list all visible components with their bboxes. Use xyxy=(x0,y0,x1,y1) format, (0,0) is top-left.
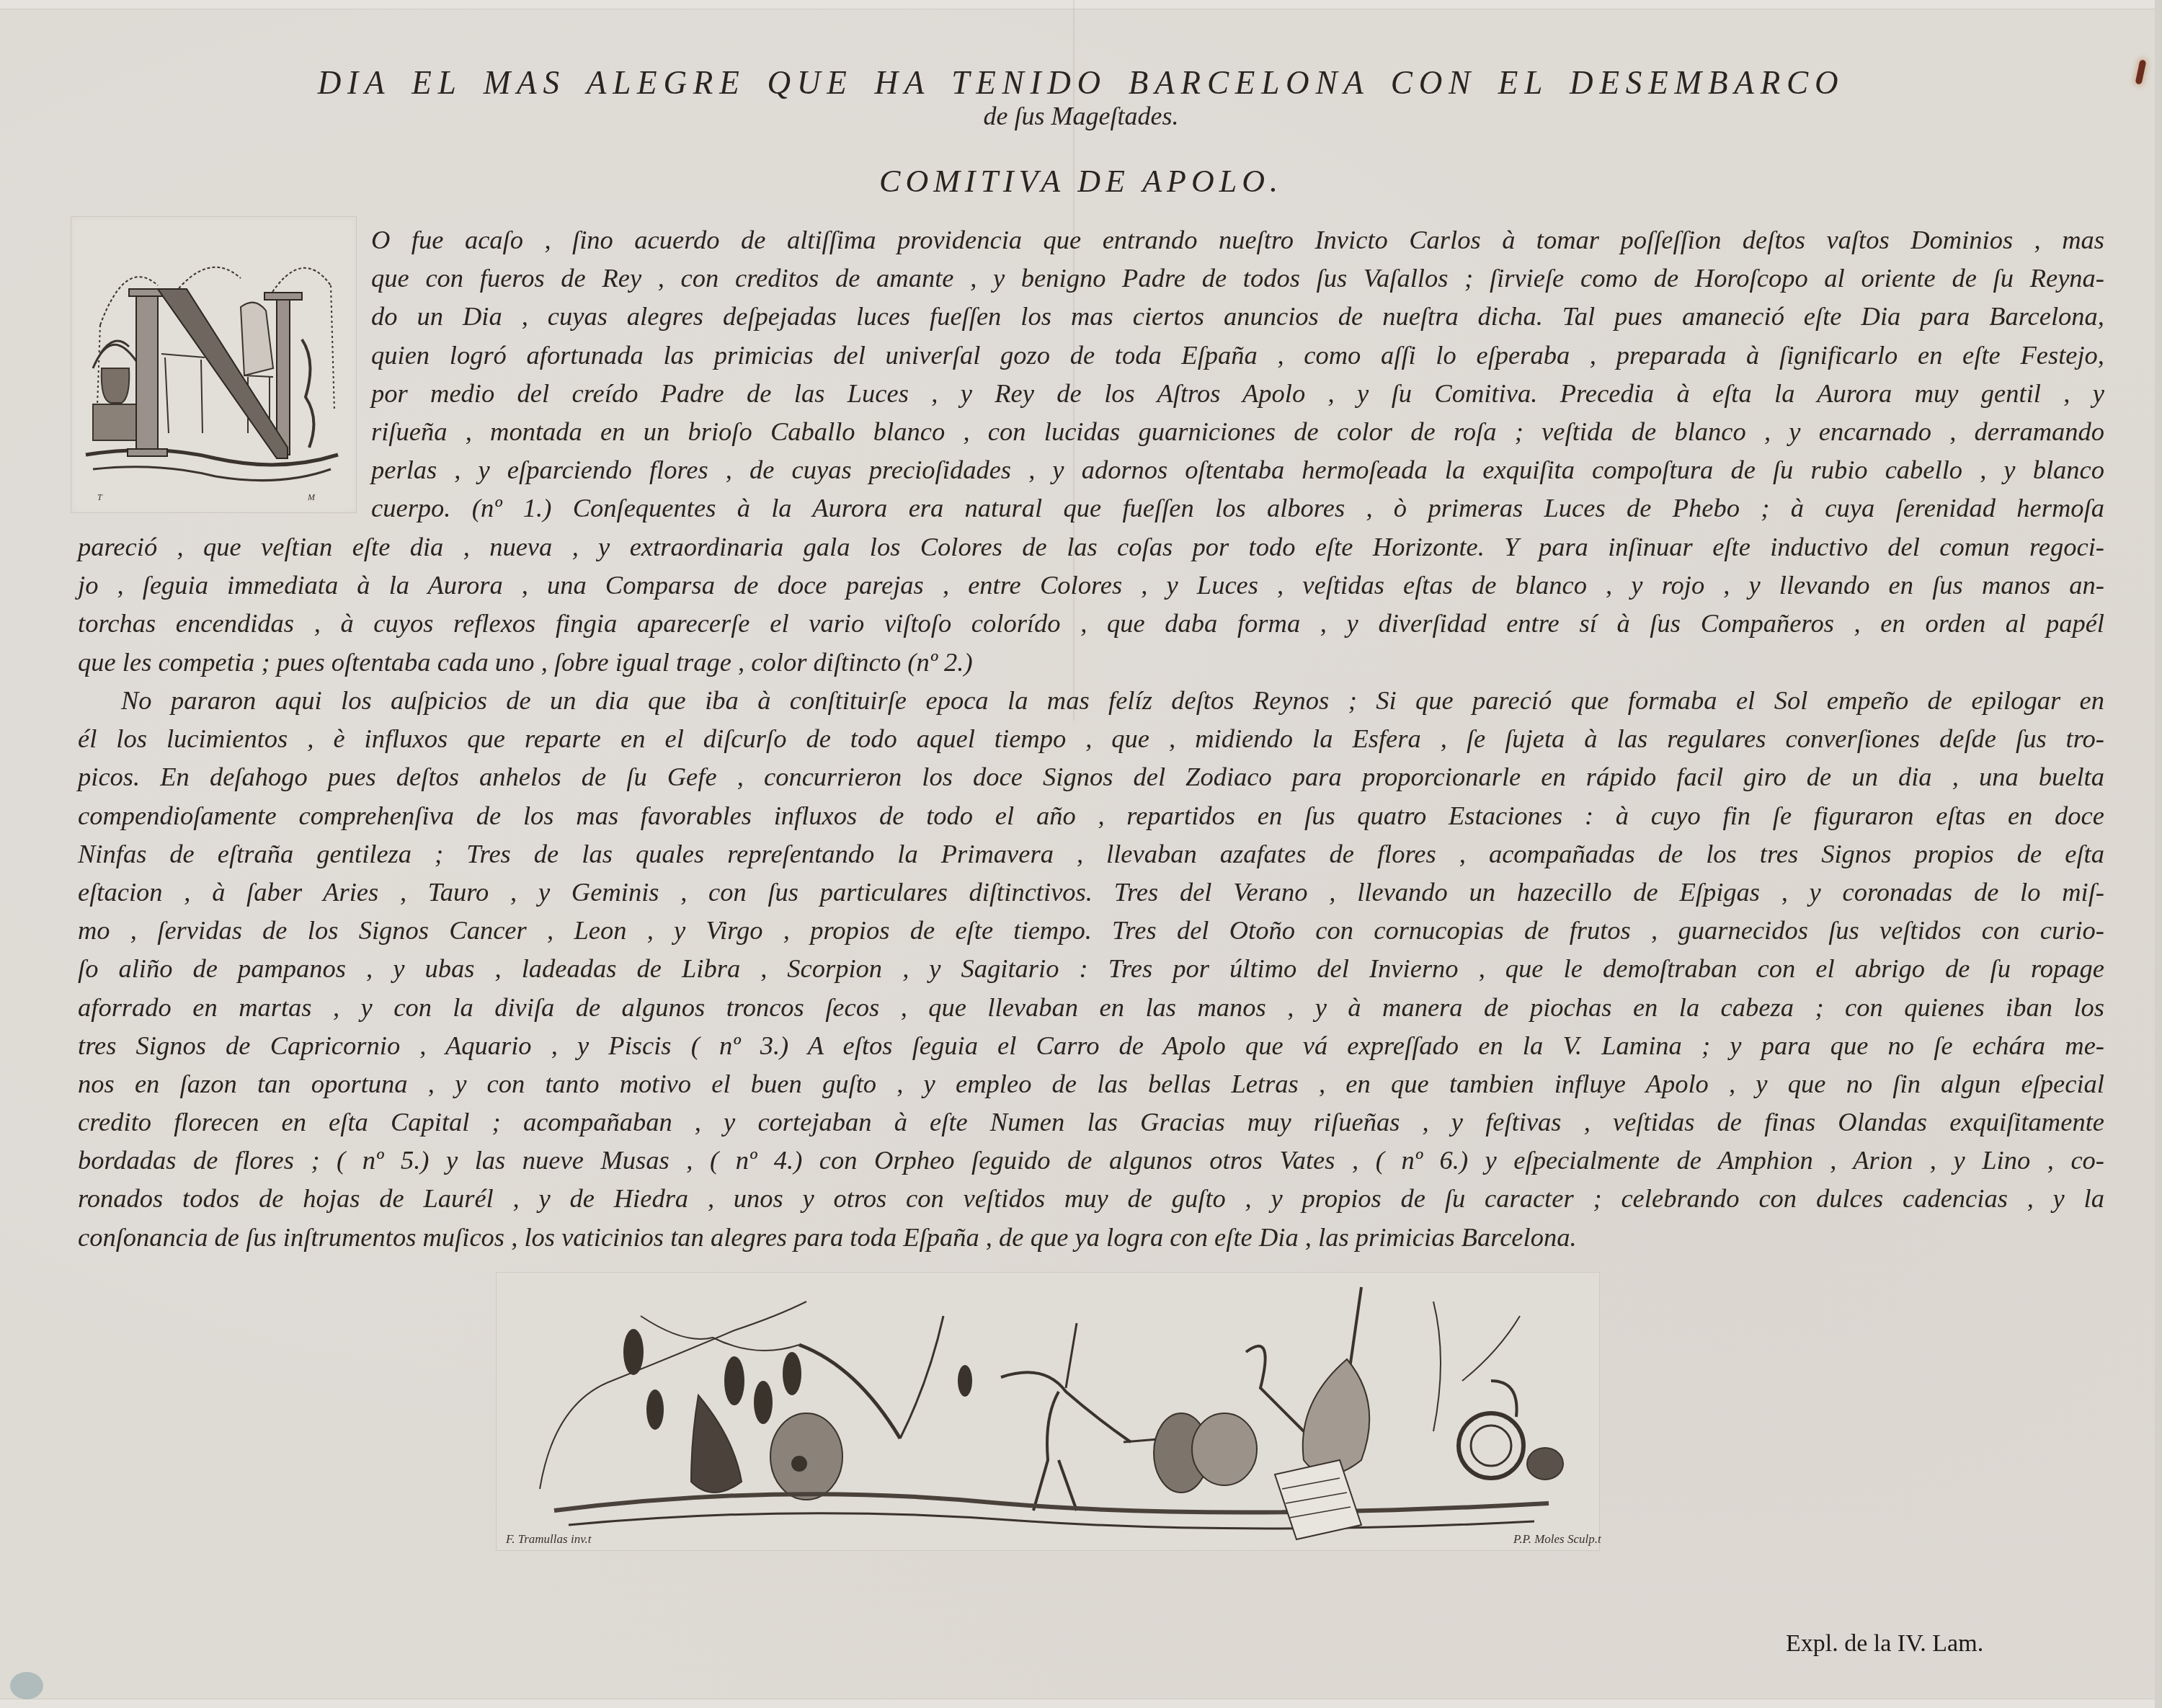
engraved-vignette xyxy=(496,1272,1600,1551)
ink-stain xyxy=(10,1672,43,1699)
initial-engraver-mark-left: T xyxy=(97,492,102,503)
text-line: eſtacion , à ſaber Aries , Tauro , y Gem… xyxy=(78,873,2104,911)
text-line: que con fueros de Rey , con creditos de … xyxy=(371,259,2104,297)
plate-label: Expl. de la IV. Lam. xyxy=(1786,1630,1983,1658)
text-line: cuerpo. (nº 1.) Conſequentes à la Aurora… xyxy=(371,489,2104,527)
text-line: No pararon aqui los auſpicios de un dia … xyxy=(78,681,2104,719)
text-line: quien logró afortunada las primicias del… xyxy=(371,336,2104,374)
vignette-illustration-icon xyxy=(497,1273,1599,1550)
text-line: torchas encendidas , à cuyos reflexos fi… xyxy=(78,604,2104,642)
engraved-document-page: DIA EL MAS ALEGRE QUE HA TENIDO BARCELON… xyxy=(0,0,2162,1708)
paragraph-1-indented: O fue acaſo , ſino acuerdo de altiſſima … xyxy=(371,221,2104,528)
text-line: aforrado en martas , y con la diviſa de … xyxy=(78,988,2104,1026)
text-line: bordadas de flores ; ( nº 5.) y las nuev… xyxy=(78,1141,2104,1179)
text-line: tres Signos de Capricornio , Aquario , y… xyxy=(78,1026,2104,1064)
text-line: ronados todos de hojas de Laurél , y de … xyxy=(78,1179,2104,1217)
text-line: credito florecen en eſta Capital ; acomp… xyxy=(78,1103,2104,1141)
vignette-credit-engraver: P.P. Moles Sculp.t xyxy=(1513,1532,1601,1547)
text-line: conſonancia de ſus inſtrumentos muſicos … xyxy=(78,1218,2104,1256)
text-line: que les competia ; pues oſtentaba cada u… xyxy=(78,643,2104,681)
text-line: riſueña , montada en un brioſo Caballo b… xyxy=(371,412,2104,450)
decorated-initial: T M xyxy=(71,216,357,513)
paper-right-edge xyxy=(2155,0,2162,1708)
vignette-credit-designer: F. Tramullas inv.t xyxy=(506,1532,591,1547)
paper-bottom-edge xyxy=(0,1699,2162,1708)
text-line: picos. En deſahogo pues deſtos anhelos d… xyxy=(78,757,2104,796)
paragraph-1-continued: pareció , que veſtian eſte dia , nueva ,… xyxy=(78,528,2104,681)
decorated-initial-n-icon xyxy=(71,217,356,512)
text-line: él los lucimientos , è influxos que repa… xyxy=(78,719,2104,757)
foxing-stain xyxy=(2135,59,2147,84)
text-line: perlas , y eſparciendo flores , de cuyas… xyxy=(371,450,2104,489)
text-line: pareció , que veſtian eſte dia , nueva ,… xyxy=(78,528,2104,566)
paper-top-edge xyxy=(0,0,2162,9)
text-line: do un Dia , cuyas alegres deſpejadas luc… xyxy=(371,297,2104,335)
text-line: compendioſamente comprehenſiva de los ma… xyxy=(78,796,2104,835)
text-line: mo , ſervidas de los Signos Cancer , Leo… xyxy=(78,911,2104,949)
text-line: jo , ſeguia immediata à la Aurora , una … xyxy=(78,566,2104,604)
paragraph-2: No pararon aqui los auſpicios de un dia … xyxy=(78,681,2104,1256)
initial-engraver-mark-right: M xyxy=(308,492,315,503)
text-line: nos en ſazon tan oportuna , y con tanto … xyxy=(78,1064,2104,1103)
document-subtitle: de ſus Mageſtades. xyxy=(216,101,1946,131)
text-line: Ninfas de eſtraña gentileza ; Tres de la… xyxy=(78,835,2104,873)
document-title: DIA EL MAS ALEGRE QUE HA TENIDO BARCELON… xyxy=(233,63,1929,102)
text-line: por medio del creído Padre de las Luces … xyxy=(371,374,2104,412)
text-line: ſo aliño de pampanos , y ubas , ladeadas… xyxy=(78,949,2104,987)
text-line: O fue acaſo , ſino acuerdo de altiſſima … xyxy=(371,221,2104,259)
section-heading: COMITIVA DE APOLO. xyxy=(216,163,1946,200)
